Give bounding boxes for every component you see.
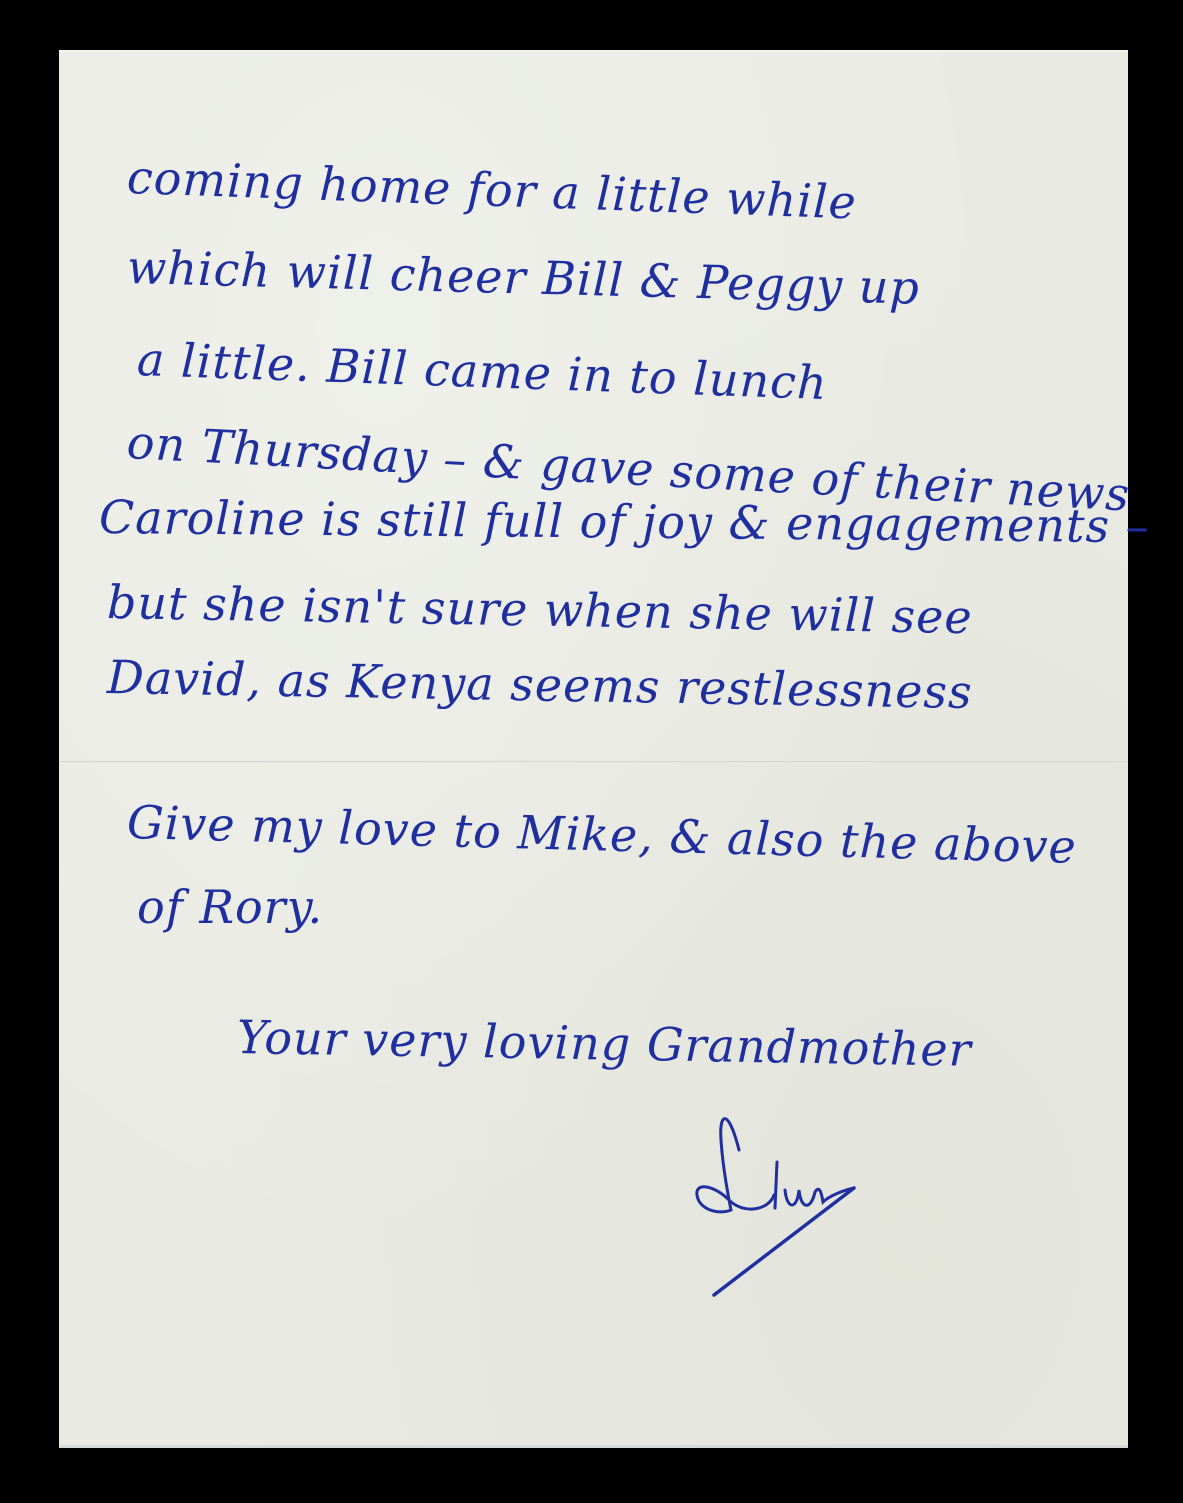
fold-crease — [59, 760, 1128, 763]
signature: Ilse — [659, 1090, 959, 1310]
letter-line-2: which will cheer Bill & Peggy up — [126, 240, 920, 315]
signature-flourish-icon — [659, 1090, 959, 1310]
letter-line-1: coming home for a little while — [126, 150, 858, 229]
letter-line-5: Caroline is still full of joy & engageme… — [99, 490, 1150, 553]
letter-closing: Your very loving Grandmother — [237, 1010, 973, 1077]
letter-line-9: of Rory. — [137, 880, 323, 934]
letter-line-7: David, as Kenya seems restlessness — [107, 650, 974, 719]
letter-line-6: but she isn't sure when she will see — [107, 575, 974, 644]
letter-page: coming home for a little while which wil… — [59, 50, 1128, 1448]
letter-line-3: a little. Bill came in to lunch — [136, 332, 828, 410]
letter-line-8: Give my love to Mike, & also the above — [126, 795, 1077, 874]
